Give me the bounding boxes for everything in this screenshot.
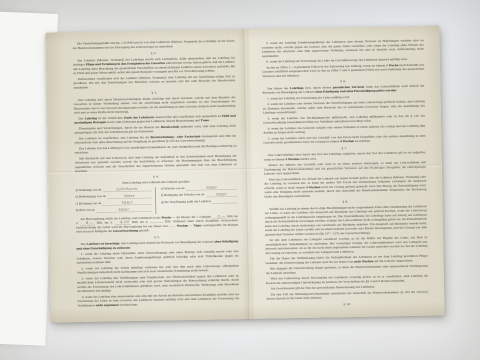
form-field: b) Beköstigung von deVater bbox=[75, 194, 151, 200]
form-field: g) die Verpflegung zahlt der Lehrherr bbox=[161, 199, 238, 205]
dotted-blank: Vater bbox=[206, 192, 238, 197]
handwritten-value: Vater bbox=[216, 192, 227, 197]
photo-backdrop: Die Vermittlungsgebühr beträgt 1.50 RM u… bbox=[0, 0, 480, 360]
form-field: e) Wäsche von deVater bbox=[161, 185, 238, 191]
right-page-text: 5. wenn der Lehrling Familienangehörige … bbox=[262, 39, 429, 310]
form-field-label: c) Kleidung von de bbox=[75, 201, 101, 206]
handwritten-value: 4,50 bbox=[120, 220, 129, 225]
form-grid: a) Wohnung von deLehrherrnb) Beköstigung… bbox=[75, 185, 237, 215]
paragraph: Der Lehrling darf durch Dienstverrichtun… bbox=[74, 95, 236, 115]
paragraph: Ist mit dem Lehrherrn ein Lehrgeld verei… bbox=[265, 236, 427, 256]
paragraph: 1. wenn der Lehrling eines Diebstahls, e… bbox=[76, 250, 238, 266]
dotted-blank: 3,— bbox=[212, 215, 226, 219]
paragraph: 4. wenn der Lehrling eine ansteckende od… bbox=[77, 292, 239, 308]
form-field-label: f) Reinigung der Wäsche von de bbox=[161, 193, 204, 198]
form-field-label: a) Wohnung von de bbox=[75, 188, 101, 193]
paragraph: 5. wenn der Lehrling Familienangehörige … bbox=[262, 39, 424, 59]
left-page-text: Die Vermittlungsgebühr beträgt 1.50 RM u… bbox=[73, 39, 240, 308]
form-field: a) Wohnung von deLehrherrn bbox=[75, 187, 151, 193]
form-field-label: b) Beköstigung von de bbox=[75, 195, 105, 200]
form-field-label: d) Bett von de bbox=[76, 208, 95, 213]
paragraph: Mit Rücksicht auf den Lehrzweck darf dem… bbox=[75, 154, 237, 174]
handwritten-value: Vater bbox=[122, 200, 133, 205]
benefits-form: Dem Lehrling wird während der Lehrzeit g… bbox=[75, 179, 238, 215]
paragraph: Insbesondere verpflichtet sich der Lehrh… bbox=[73, 74, 235, 90]
paragraph: 2. wenn der Lehrherr oder dessen Vertret… bbox=[263, 100, 425, 116]
right-page-column: 5. wenn der Lehrling Familienangehörige … bbox=[262, 39, 431, 310]
paragraph: Die Vermittlungsgebühr beträgt 1.50 RM u… bbox=[73, 39, 235, 50]
handwritten-value: Vater bbox=[124, 193, 135, 198]
handwritten-value: 3,— bbox=[217, 214, 225, 219]
handwritten-value: Lehrherrn bbox=[116, 186, 137, 191]
left-page-column: Die Vermittlungsgebühr beträgt 1.50 RM u… bbox=[73, 39, 240, 314]
dotted-blank: 4,50 bbox=[115, 221, 131, 225]
dotted-blank bbox=[213, 203, 238, 204]
form-field: d) Bett von deVater bbox=[76, 207, 152, 213]
form-field: f) Reinigung der Wäsche von deVater bbox=[161, 192, 238, 198]
dotted-blank: Vater bbox=[186, 186, 237, 191]
dotted-blank: Lehrherrn bbox=[103, 187, 151, 192]
handwritten-value: Vater bbox=[118, 207, 129, 212]
form-field-label: e) Wäsche von de bbox=[161, 186, 185, 191]
dotted-blank: Vater bbox=[96, 207, 152, 212]
paragraph: Ändert der Inhaber das Geschäft oder wir… bbox=[264, 161, 426, 177]
paragraph: Für den Fall der Meinungsverschiedenheit… bbox=[266, 290, 428, 301]
wage-paragraph: Als Barvergütung erhält der Lehrling vom… bbox=[76, 214, 238, 234]
paragraph: Verläßt der Lehrling in einem durch obig… bbox=[265, 204, 428, 237]
paragraph: Der Lehrherr (Meister, Vormund) des Lehr… bbox=[73, 56, 235, 76]
dotted-blank: Vater bbox=[103, 201, 152, 206]
form-field: c) Kleidung von deVater bbox=[75, 200, 151, 206]
lehrvertrag-document-sheet: Die Vermittlungsgebühr beträgt 1.50 RM u… bbox=[45, 25, 444, 322]
form-field-label: g) die Verpflegung zahlt der Lehrherr bbox=[161, 199, 211, 204]
form-column-left: a) Wohnung von deLehrherrnb) Beköstigung… bbox=[75, 187, 155, 215]
paragraph: In den zu Ziffer 1—4 genannten Fällen is… bbox=[262, 63, 424, 79]
paragraph: 5. wenn der Lehrherr stirbt und das Gesc… bbox=[263, 134, 425, 145]
handwritten-value: Vater bbox=[206, 185, 217, 190]
dotted-blank: Vater bbox=[107, 194, 151, 199]
paragraph: Wird das Lehrverhältnis vor Ablauf der L… bbox=[264, 175, 426, 199]
form-column-right: e) Wäsche von deVaterf) Reinigung der Wä… bbox=[155, 185, 237, 213]
paragraph: 3. wenn der Lehrling den Verführungen zu… bbox=[77, 274, 239, 294]
handwritten-value: 4,— bbox=[86, 220, 94, 225]
dotted-blank: 4,— bbox=[80, 221, 94, 225]
vertical-fold-crease bbox=[243, 29, 251, 319]
dotted-blank bbox=[150, 222, 163, 223]
